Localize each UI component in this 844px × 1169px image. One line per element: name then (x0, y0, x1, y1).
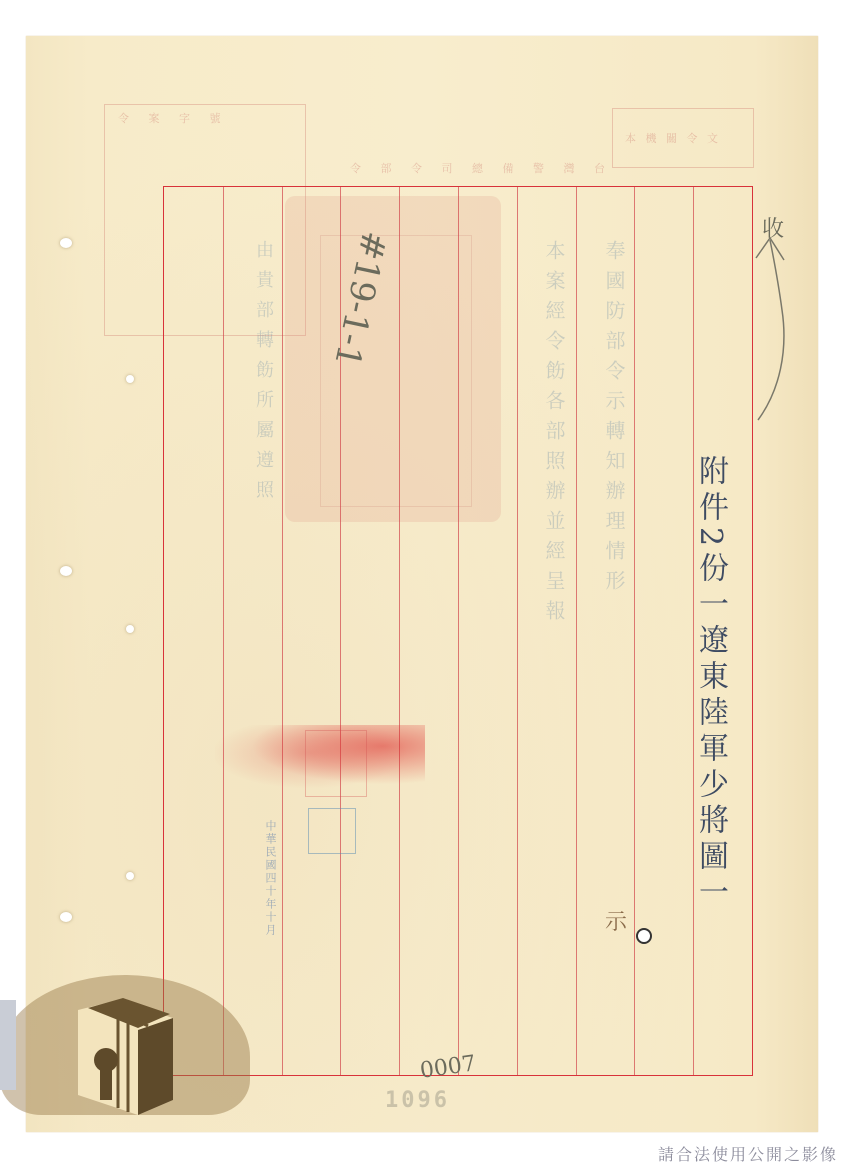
ruled-column-line (282, 187, 283, 1075)
ruled-column-line (517, 187, 518, 1075)
binding-hole (60, 912, 72, 922)
blue-seal-stamp (308, 808, 356, 854)
ghost-tab-label: 本 機 關 令 文 (625, 130, 721, 146)
ruled-column-line (576, 187, 577, 1075)
pencil-arrow-icon (740, 230, 800, 430)
watermark-text: 請合法使用公開之影像 (658, 1142, 838, 1165)
ruled-column-line (458, 187, 459, 1075)
ghost-form-title: 令 部 令 司 總 備 警 灣 台 (350, 160, 613, 176)
ghost-blue-text-3: 由貴部轉飭所屬遵照 (250, 240, 276, 740)
ghost-blue-stamp-text: 中華民國四十年十月 (262, 820, 278, 1040)
red-seal-box (305, 730, 367, 797)
small-pencil-mark: 示 (605, 905, 627, 936)
ruled-column-line (223, 187, 224, 1075)
book-keyhole-icon (78, 990, 173, 1115)
binding-hole (126, 625, 134, 633)
binding-hole (60, 566, 72, 576)
archive-logo-gray-band (0, 1000, 16, 1090)
binding-hole (126, 375, 134, 383)
ghost-blue-text-1: 本案經令飭各部照辦並經呈報 (540, 240, 569, 800)
ghost-form-header: 令 案 字 號 (118, 110, 229, 126)
ghost-bottom-number: 1096 (385, 1088, 450, 1113)
ruled-column-line (399, 187, 400, 1075)
binding-hole (126, 872, 134, 880)
main-handwritten-line: 附件2份一遼東陸軍少將圖一 (688, 455, 732, 1055)
ghost-blue-text-2: 奉國防部令示轉知辦理情形 (600, 240, 629, 800)
ruled-column-line (634, 187, 635, 1075)
binding-hole (60, 238, 72, 248)
punch-hole-marker (636, 928, 652, 944)
